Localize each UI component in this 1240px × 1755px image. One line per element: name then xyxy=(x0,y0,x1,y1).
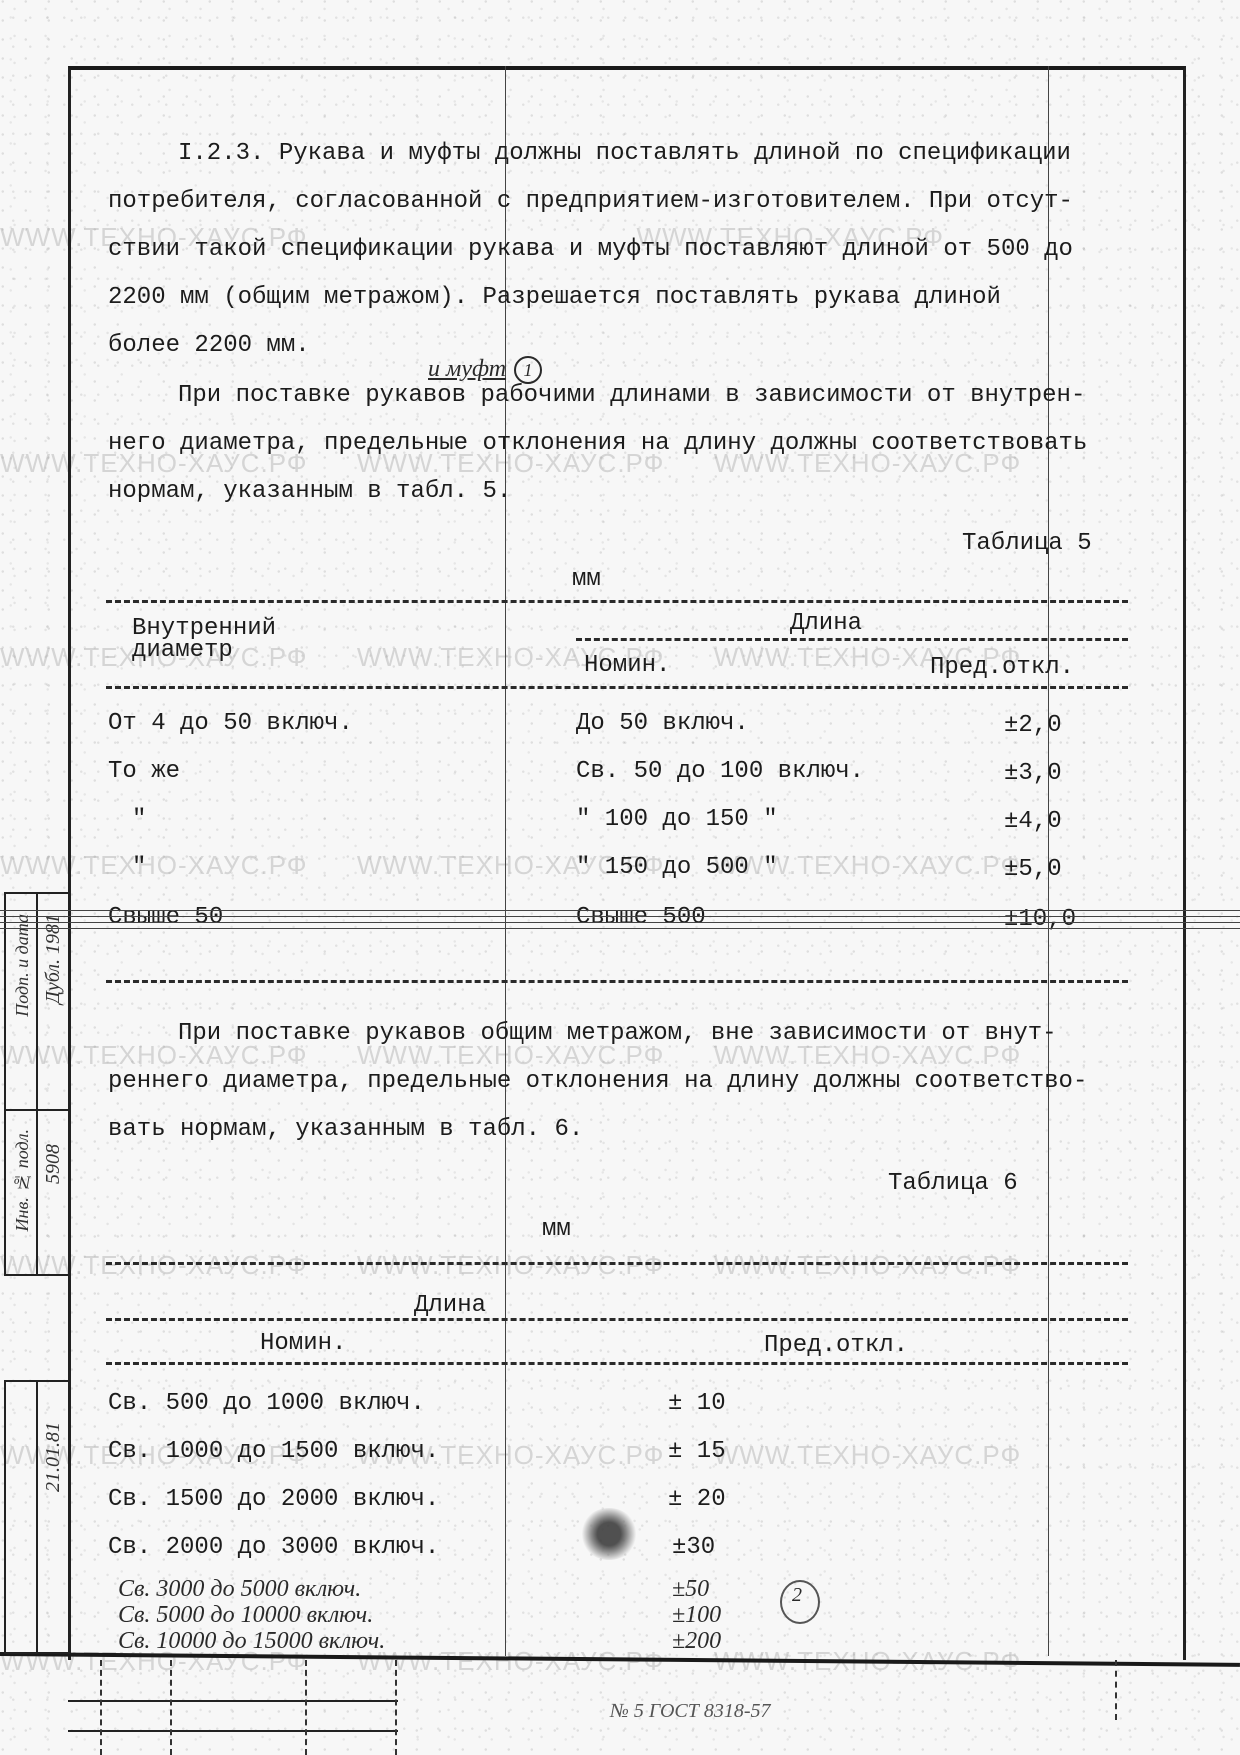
header-length: Длина xyxy=(414,1292,486,1319)
table-rule xyxy=(106,1262,1128,1265)
text-line: потребителя, согласованной с предприятие… xyxy=(108,178,1168,226)
table-rule xyxy=(106,980,1128,983)
strikethrough-line xyxy=(0,922,1240,929)
text-line: нормам, указанным в табл. 5. xyxy=(108,468,1168,516)
text-line: 2200 мм (общим метражом). Разрешается по… xyxy=(108,274,1168,322)
stamp-value-inventory: 5908 xyxy=(42,1144,65,1184)
table-rule xyxy=(106,686,1128,689)
header-nominal: Номин. xyxy=(584,652,670,679)
header-deviation: Пред.откл. xyxy=(764,1332,908,1359)
paragraph-table5-intro: При поставке рукавов общим метражом, вне… xyxy=(108,372,1168,516)
text-line: более 2200 мм. xyxy=(108,322,1168,370)
text-line: него диаметра, предельные отклонения на … xyxy=(108,420,1168,468)
side-stamp-upper: Подп. и дата Дубл. 1981 Инв. № подл. 590… xyxy=(4,892,70,1276)
header-nominal: Номин. xyxy=(260,1330,346,1357)
table-rule xyxy=(106,600,1128,603)
stamp-label-inventory: Инв. № подл. xyxy=(12,1129,33,1231)
correction-mark: 2 xyxy=(792,1584,802,1607)
table-rule xyxy=(106,1318,1128,1321)
table-rule xyxy=(576,638,1128,641)
text-line: ствии такой спецификации рукава и муфты … xyxy=(108,226,1168,274)
text-line: При поставке рукавов общим метражом, вне… xyxy=(108,1010,1168,1058)
text-line: При поставке рукавов рабочими длинами в … xyxy=(108,372,1168,420)
side-stamp-lower: 21.01.81 xyxy=(4,1380,70,1654)
header-deviation: Пред.откл. xyxy=(930,654,1074,681)
header-diameter: Внутренний диаметр xyxy=(132,618,276,662)
table-unit: мм xyxy=(542,1216,571,1243)
ink-stamp-blot xyxy=(580,1508,638,1560)
text-line: вать нормам, указанным в табл. 6. xyxy=(108,1106,1168,1154)
text-line: реннего диаметра, предельные отклонения … xyxy=(108,1058,1168,1106)
header-length: Длина xyxy=(790,610,862,637)
table-unit: мм xyxy=(572,566,601,593)
table-caption: Таблица 5 xyxy=(962,530,1092,557)
paragraph-table6-intro: При поставке рукавов общим метражом, вне… xyxy=(108,1010,1168,1154)
footer-note: № 5 ГОСТ 8318-57 xyxy=(610,1700,771,1723)
table-caption: Таблица 6 xyxy=(888,1170,1018,1197)
text-line: I.2.3. Рукава и муфты должны поставлять … xyxy=(108,130,1168,178)
section-1-2-3: I.2.3. Рукава и муфты должны поставлять … xyxy=(108,130,1168,370)
stamp-value-date: 21.01.81 xyxy=(42,1422,65,1492)
stamp-label-signature: Подп. и дата xyxy=(12,914,33,1017)
table-rule xyxy=(106,1362,1128,1365)
strikethrough-line xyxy=(0,910,1240,917)
